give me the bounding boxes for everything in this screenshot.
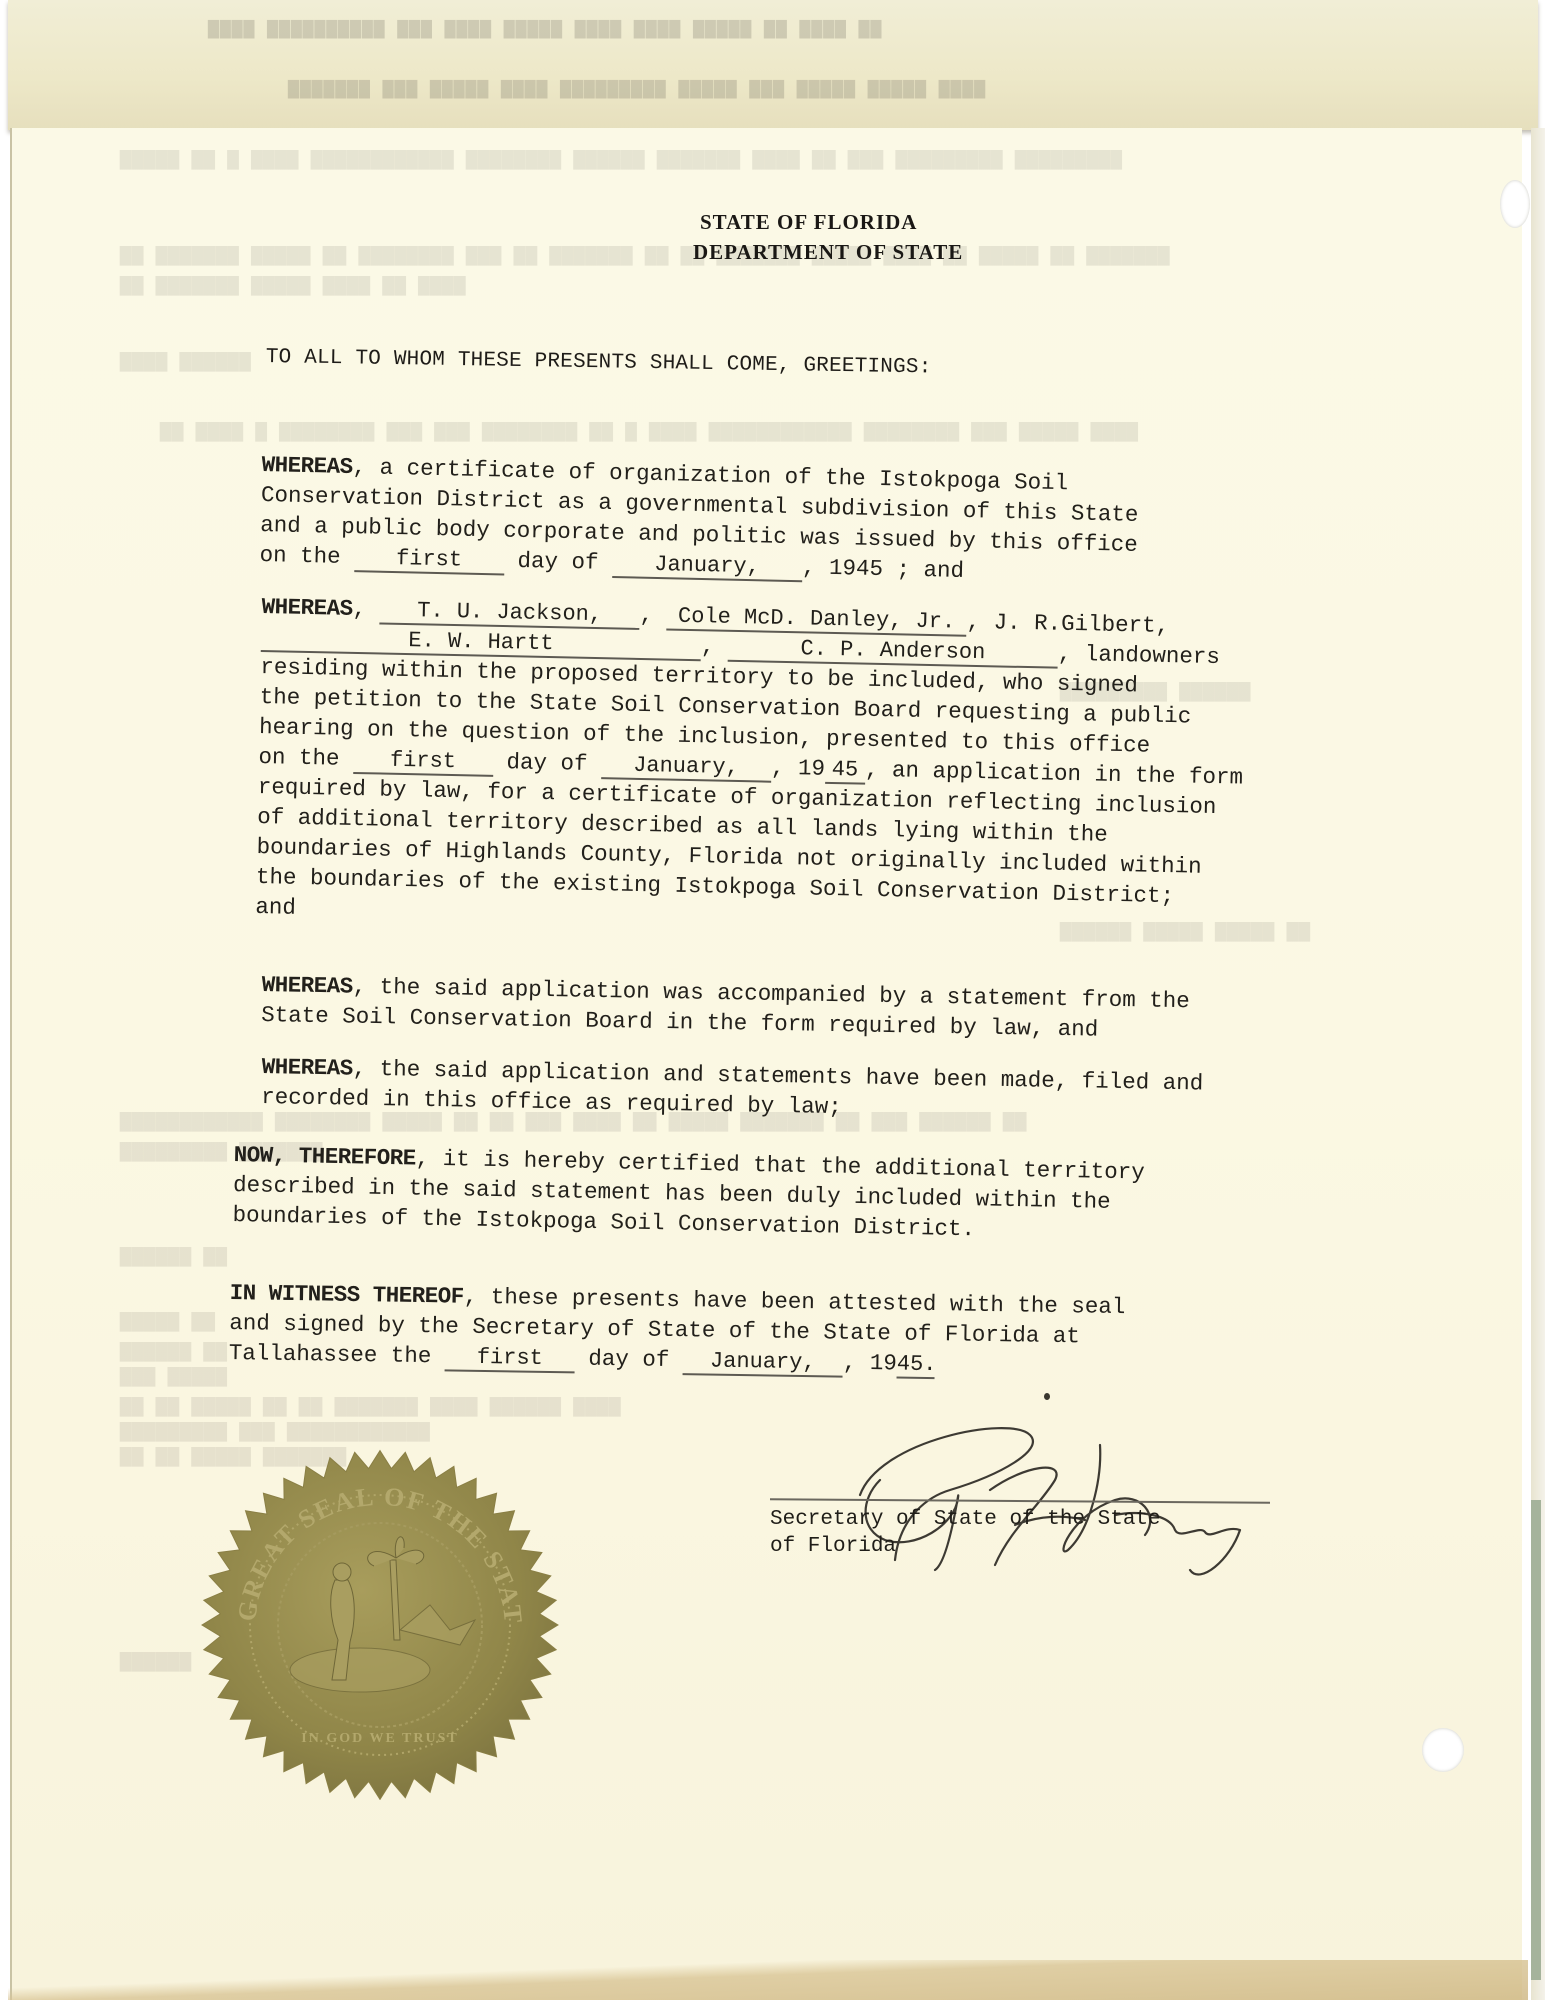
bleed-through-text: ▇▇ ▇▇▇▇▇▇▇ ▇▇▇▇▇ ▇▇▇▇ ▇▇ ▇▇▇▇ (120, 274, 466, 297)
bleed-through-text: ▇▇ ▇▇ ▇▇▇▇▇ ▇▇ ▇▇ ▇▇▇▇▇▇▇ ▇▇▇▇ ▇▇▇▇▇▇ ▇▇… (120, 1395, 621, 1418)
underlying-page-strip: ▇▇▇▇ ▇▇▇▇▇▇▇▇▇▇ ▇▇▇ ▇▇▇▇ ▇▇▇▇▇ ▇▇▇▇ ▇▇▇▇… (8, 0, 1538, 130)
faded-text-line: ▇▇▇▇▇▇▇ ▇▇▇ ▇▇▇▇▇ ▇▇▇▇ ▇▇▇▇▇▇▇▇▇ ▇▇▇▇▇ ▇… (288, 78, 986, 100)
landowner-name-field: C. P. Anderson (728, 636, 1058, 669)
month-field: January, (683, 1349, 843, 1378)
faded-text-line: ▇▇▇▇ ▇▇▇▇▇▇▇▇▇▇ ▇▇▇ ▇▇▇▇ ▇▇▇▇▇ ▇▇▇▇ ▇▇▇▇… (208, 18, 882, 40)
bleed-through-text: ▇▇▇ ▇▇▇▇▇ (120, 1365, 227, 1388)
landowner-name: J. R.Gilbert, (993, 609, 1169, 639)
svg-text:IN GOD WE TRUST: IN GOD WE TRUST (301, 1731, 458, 1746)
landowner-name-field: T. U. Jackson, (379, 598, 639, 629)
day-field: first (354, 546, 505, 575)
year-field: 1945 (829, 555, 884, 582)
year-field: 45. (897, 1352, 935, 1379)
bleed-through-text: ▇▇ ▇▇▇▇▇▇▇ ▇▇▇▇▇ ▇▇ ▇▇▇▇▇▇▇▇ ▇▇▇ ▇▇ ▇▇▇▇… (120, 244, 1170, 267)
handwritten-signature (840, 1420, 1300, 1590)
paragraph-certification: NOW, THEREFORE, it is hereby certified t… (232, 1140, 1145, 1247)
header-state: STATE OF FLORIDA (700, 210, 917, 235)
year-field: 45 (825, 758, 866, 785)
month-field: January, (601, 753, 772, 783)
keyword-whereas: WHEREAS (261, 452, 353, 480)
landowner-name-field: Cole McD. Danley, Jr. (666, 604, 966, 636)
punch-hole (1422, 1728, 1464, 1772)
bleed-through-text: ▇▇▇▇▇ ▇▇ ▇ ▇▇▇▇ ▇▇▇▇▇▇▇▇▇▇▇▇ ▇▇▇▇▇▇▇▇ ▇▇… (120, 148, 1122, 171)
bleed-through-text: ▇▇ ▇▇▇▇ ▇ ▇▇▇▇▇▇▇▇ ▇▇▇ ▇▇▇ ▇▇▇▇▇▇▇▇ ▇▇ ▇… (160, 420, 1138, 443)
bleed-through-text: ▇▇▇▇▇▇ ▇▇ (120, 1340, 227, 1363)
paragraph-certificate-issued: WHEREAS, a certificate of organization o… (259, 450, 1139, 590)
day-field: first (445, 1345, 575, 1373)
day-field: first (353, 748, 494, 777)
paragraph-petition: WHEREAS, T. U. Jackson,, Cole McD. Danle… (255, 592, 1246, 943)
binder-strip (1531, 1500, 1541, 1980)
bleed-through-text: ▇▇▇▇▇▇ ▇▇ (120, 1245, 227, 1268)
ink-dot (1044, 1393, 1050, 1400)
paragraph-witness: IN WITNESS THEREOF, these presents have … (229, 1278, 1126, 1382)
page-discoloration (8, 1960, 1528, 2000)
signatory-title: Secretary of State of the Stateof Florid… (770, 1506, 1161, 1560)
bleed-through-text: ▇▇▇▇ ▇▇▇▇▇▇ (120, 350, 251, 373)
great-seal-of-florida-icon: GREAT SEAL OF THE STATE OF FLORIDA IN GO… (160, 1430, 600, 1800)
bleed-through-text: ▇▇▇▇▇ ▇▇ (120, 1310, 215, 1333)
month-field: January, (612, 552, 803, 582)
header-department: DEPARTMENT OF STATE (693, 240, 963, 265)
punch-hole (1500, 180, 1530, 228)
